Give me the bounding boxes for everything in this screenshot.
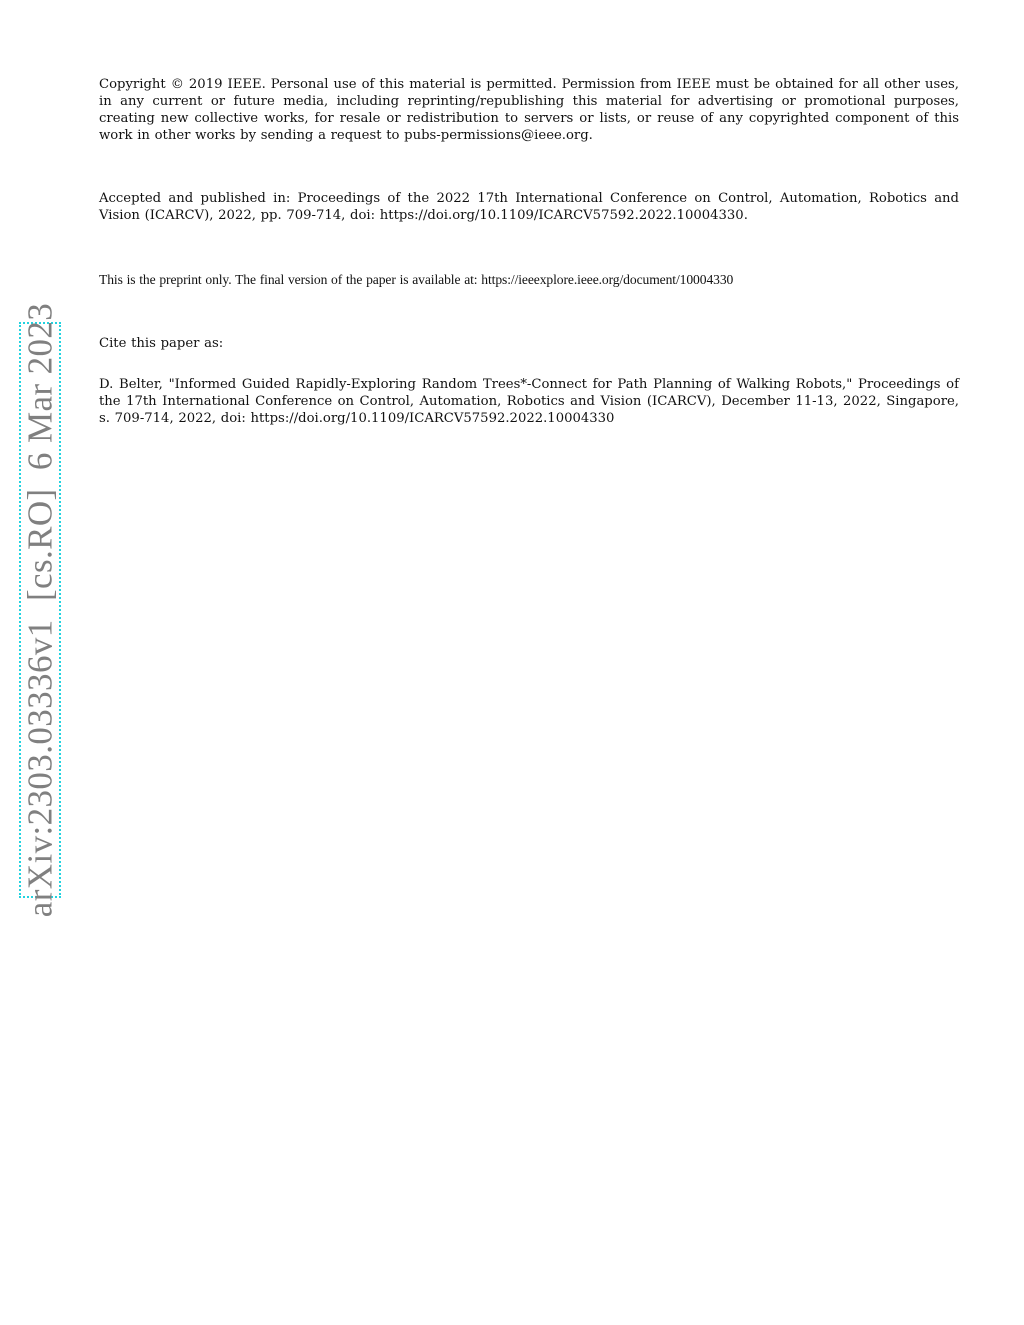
arxiv-stamp: arXiv:2303.03336v1 [cs.RO] 6 Mar 2023	[19, 322, 61, 898]
cite-label: Cite this paper as:	[99, 335, 959, 352]
arxiv-identifier: arXiv:2303.03336v1 [cs.RO] 6 Mar 2023	[23, 303, 58, 917]
preprint-notice: This is the preprint only. The final ver…	[99, 271, 959, 288]
accepted-notice: Accepted and published in: Proceedings o…	[99, 190, 959, 224]
paper-page: arXiv:2303.03336v1 [cs.RO] 6 Mar 2023 Co…	[0, 0, 1024, 1325]
copyright-notice: Copyright © 2019 IEEE. Personal use of t…	[99, 76, 959, 144]
citation: D. Belter, "Informed Guided Rapidly-Expl…	[99, 376, 959, 427]
